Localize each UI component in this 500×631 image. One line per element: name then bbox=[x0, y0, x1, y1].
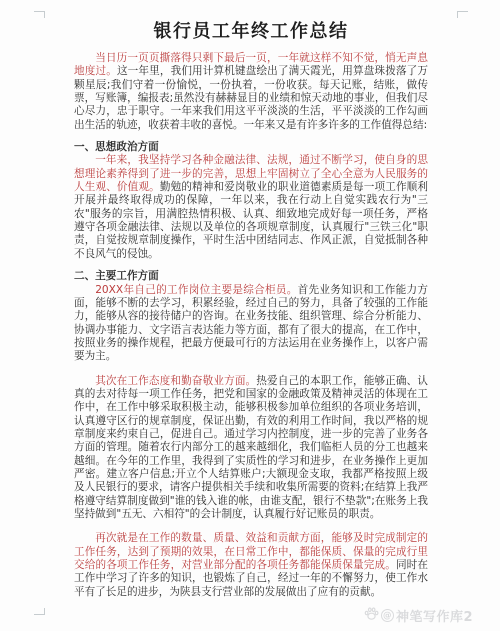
text-run-ink: 这一年里，我们用计算机键盘绘出了满天霞光，用算盘珠拨落了万颗星辰;我们守着一份愉… bbox=[74, 65, 428, 130]
document-page: 银行员工年终工作总结 当日历一页页撕落得只剩下最后一页，一年就这样不知不觉，悄无… bbox=[0, 0, 500, 631]
text-run-red: 20XX年自己的工作岗位主要是综合柜员。 bbox=[95, 284, 297, 296]
paragraph: 20XX年自己的工作岗位主要是综合柜员。首先业务知识和工作能力方面，能够不断的去… bbox=[74, 284, 428, 364]
section-heading: 二、主要工作方面 bbox=[74, 270, 428, 283]
paragraph: 一年来，我坚持学习各种金融法律、法规，通过不断学习，使自身的思想理论素养得到了进… bbox=[74, 154, 428, 261]
document-title: 银行员工年终工作总结 bbox=[74, 19, 428, 45]
document-content: 银行员工年终工作总结 当日历一页页撕落得只剩下最后一页，一年就这样不知不觉，悄无… bbox=[74, 19, 428, 599]
paragraph: 当日历一页页撕落得只剩下最后一页，一年就这样不知不觉，悄无声息地度过。这一年里，… bbox=[74, 52, 428, 132]
watermark: @ 神笔写作库2 bbox=[364, 606, 473, 625]
text-run-red: 再次就是在工作的数量、质量、效益和贡献方面，能够及时完成制定的工作任务，达到了预… bbox=[74, 532, 428, 571]
text-boundary-corner-bottom-left bbox=[34, 608, 45, 615]
paragraph: 再次就是在工作的数量、质量、效益和贡献方面，能够及时完成制定的工作任务，达到了预… bbox=[74, 532, 428, 599]
paragraph: 其次在工作态度和勤奋敬业方面。热爱自己的本职工作，能够正确、认真的去对待每一项工… bbox=[74, 375, 428, 522]
text-boundary-corner-top-left bbox=[34, 11, 45, 18]
text-run-red: 其次在工作态度和勤奋敬业方面。 bbox=[95, 375, 256, 387]
text-run-ink: 热爱自己的本职工作，能够正确、认真的去对待每一项工作任务，把党和国家的金融政策及… bbox=[74, 375, 428, 520]
document-body: 当日历一页页撕落得只剩下最后一页，一年就这样不知不觉，悄无声息地度过。这一年里，… bbox=[74, 52, 428, 599]
section-heading: 一、思想政治方面 bbox=[74, 141, 428, 154]
text-run-ink: 二、主要工作方面 bbox=[74, 270, 159, 282]
paw-icon bbox=[364, 607, 379, 625]
text-run-ink: 一、思想政治方面 bbox=[74, 141, 159, 153]
watermark-text: 神笔写作库2 bbox=[396, 606, 473, 625]
text-boundary-corner-top-right bbox=[457, 11, 468, 18]
at-icon: @ bbox=[381, 609, 394, 622]
